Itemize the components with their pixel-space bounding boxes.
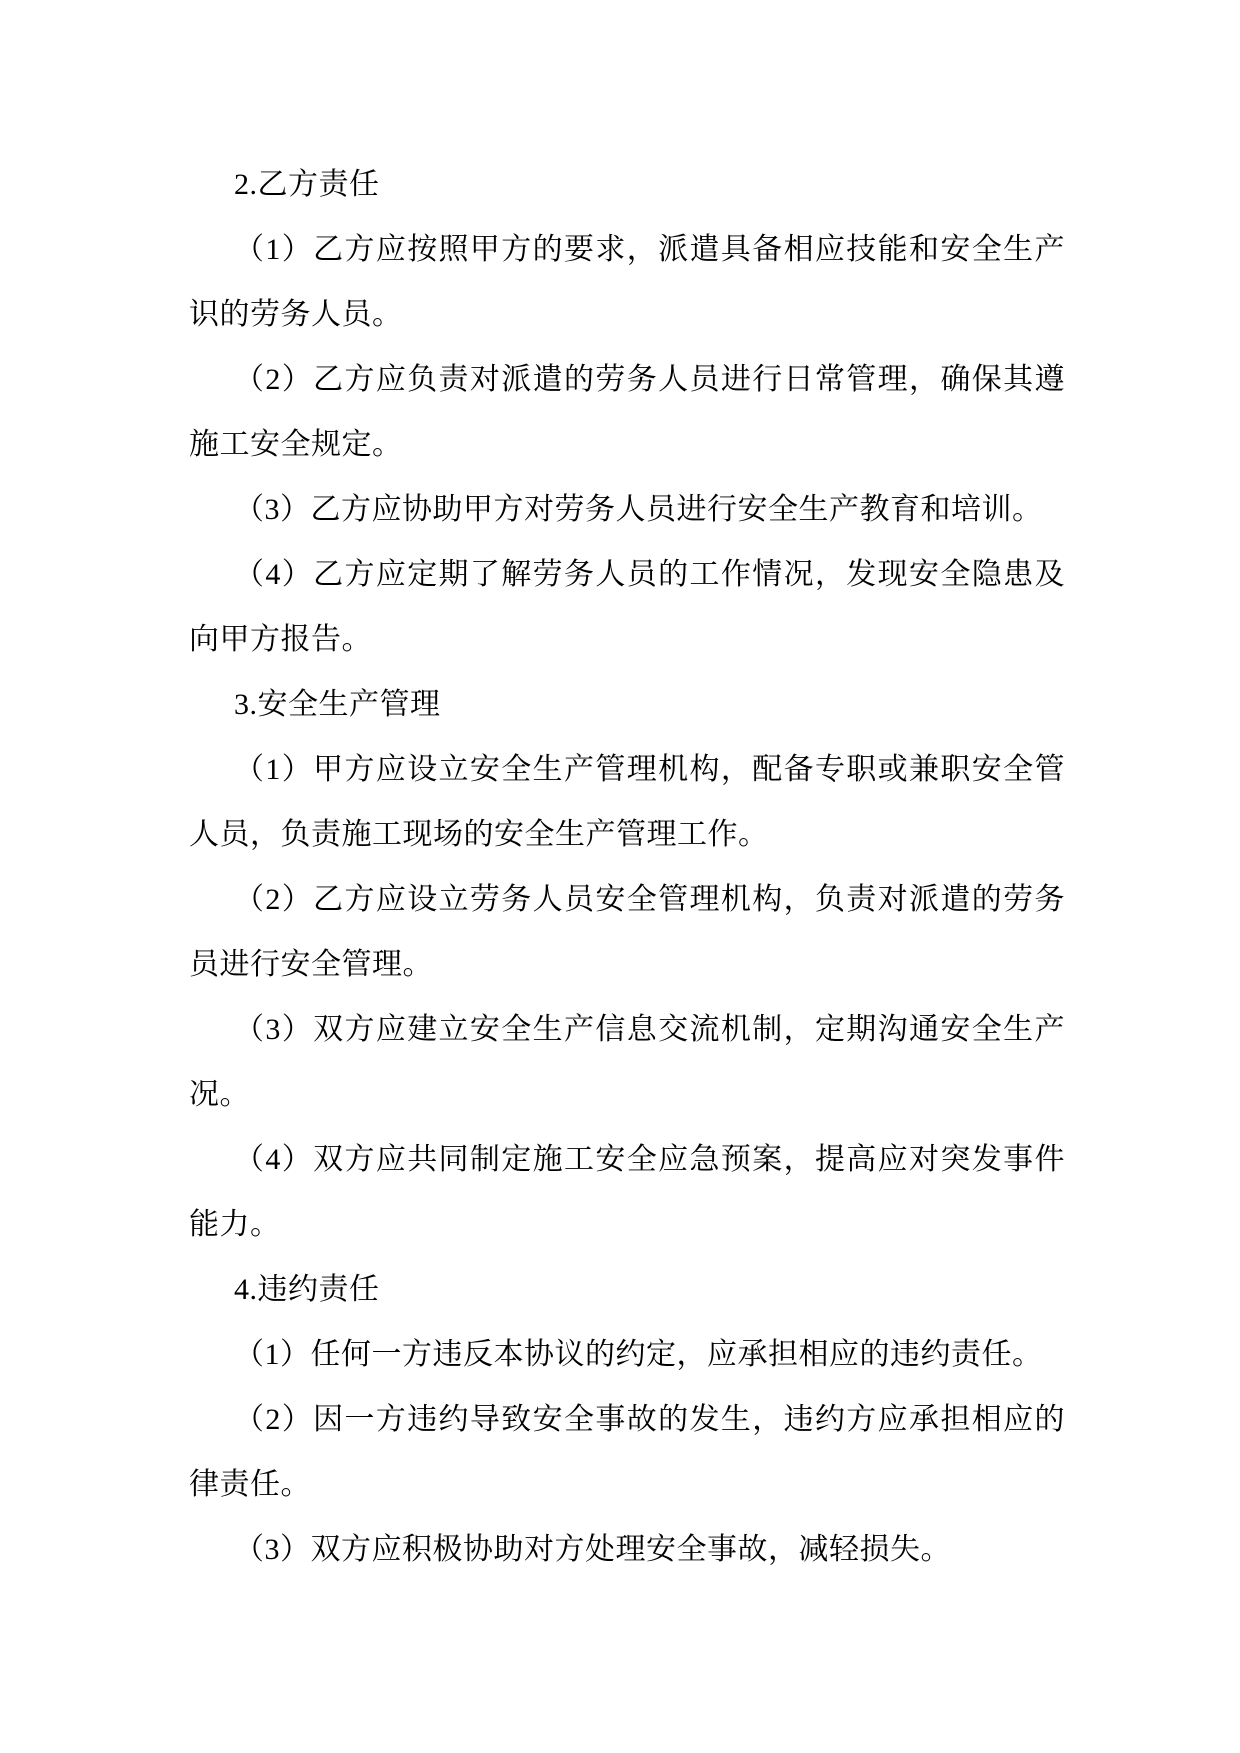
section-heading: 3.安全生产管理	[189, 672, 1065, 737]
paragraph-continuation-line: 人员，负责施工现场的安全生产管理工作。	[189, 802, 1065, 867]
paragraph-first-line: （2）乙方应负责对派遣的劳务人员进行日常管理，确保其遵守	[189, 347, 1065, 412]
paragraph-first-line: （2）因一方违约导致安全事故的发生，违约方应承担相应的法	[189, 1387, 1065, 1452]
section-heading: 2.乙方责任	[189, 152, 1065, 217]
text-block: 2.乙方责任（1）乙方应按照甲方的要求，派遣具备相应技能和安全生产意识的劳务人员…	[189, 152, 1065, 1582]
paragraph-first-line: （4）双方应共同制定施工安全应急预案，提高应对突发事件的	[189, 1127, 1065, 1192]
paragraph-first-line: （1）乙方应按照甲方的要求，派遣具备相应技能和安全生产意	[189, 217, 1065, 282]
paragraph-continuation-line: 能力。	[189, 1192, 1065, 1257]
paragraph-first-line: （2）乙方应设立劳务人员安全管理机构，负责对派遣的劳务人	[189, 867, 1065, 932]
paragraph-continuation-line: 律责任。	[189, 1452, 1065, 1517]
paragraph-first-line: （4）乙方应定期了解劳务人员的工作情况，发现安全隐患及时	[189, 542, 1065, 607]
paragraph-first-line: （3）双方应积极协助对方处理安全事故，减轻损失。	[189, 1517, 1065, 1582]
paragraph-continuation-line: 施工安全规定。	[189, 412, 1065, 477]
section-heading: 4.违约责任	[189, 1257, 1065, 1322]
paragraph-continuation-line: 况。	[189, 1062, 1065, 1127]
paragraph-first-line: （3）双方应建立安全生产信息交流机制，定期沟通安全生产情	[189, 997, 1065, 1062]
paragraph-continuation-line: 员进行安全管理。	[189, 932, 1065, 997]
paragraph-first-line: （1）甲方应设立安全生产管理机构，配备专职或兼职安全管理	[189, 737, 1065, 802]
document-page: 2.乙方责任（1）乙方应按照甲方的要求，派遣具备相应技能和安全生产意识的劳务人员…	[0, 0, 1240, 1753]
paragraph-first-line: （1）任何一方违反本协议的约定，应承担相应的违约责任。	[189, 1322, 1065, 1387]
paragraph-continuation-line: 向甲方报告。	[189, 607, 1065, 672]
paragraph-continuation-line: 识的劳务人员。	[189, 282, 1065, 347]
paragraph-first-line: （3）乙方应协助甲方对劳务人员进行安全生产教育和培训。	[189, 477, 1065, 542]
